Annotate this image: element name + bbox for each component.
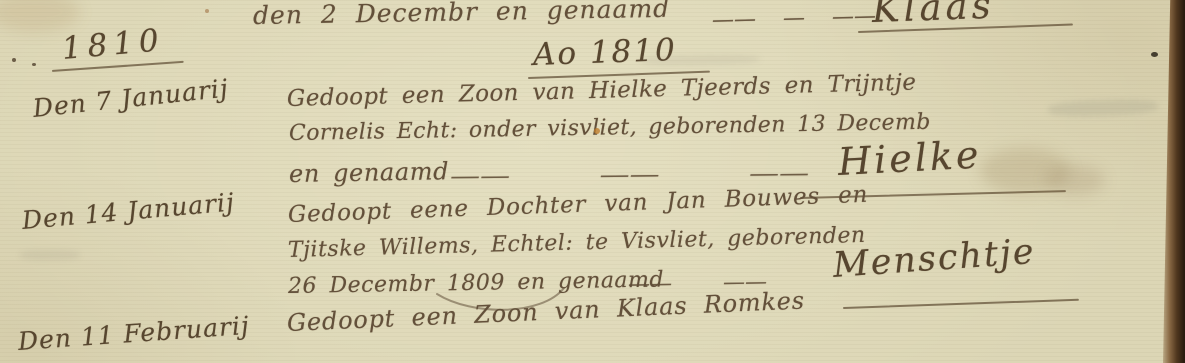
entry3-date: Den 11 Februarij — [17, 311, 251, 356]
year-heading-center: Ao 1810 — [532, 32, 677, 73]
bleedthrough-mark — [640, 54, 760, 66]
paper-speck — [205, 9, 209, 13]
top-fragment-dashes: —— — —— — [712, 4, 877, 33]
rust-speck — [594, 128, 600, 134]
entry1-date: Den 7 Januarij — [31, 74, 229, 123]
pen-underline — [843, 299, 1079, 309]
bleedthrough-mark — [20, 250, 80, 260]
ink-smudge — [1045, 165, 1105, 195]
bleedthrough-mark — [1048, 98, 1158, 118]
entry1-line2: Cornelis Echt: onder visvliet, geborende… — [289, 110, 931, 146]
corner-stain — [0, 0, 80, 32]
entry1-line3: en genaamd — [289, 157, 450, 188]
year-heading-left: 1810 — [60, 22, 166, 67]
ink-dot — [32, 63, 36, 66]
top-fragment-text: den 2 Decembr en genaamd — [253, 0, 671, 30]
pen-flourish — [432, 286, 572, 316]
baptism-name-hielke: Hielke — [837, 133, 983, 184]
ink-dot — [12, 58, 16, 62]
manuscript-scan: den 2 Decembr en genaamd —— — —— Klaas 1… — [0, 0, 1185, 363]
ink-speck — [1151, 52, 1158, 57]
entry2-line2: Tjitske Willems, Echtel: te Visvliet, ge… — [288, 223, 866, 263]
entry2-date: Den 14 Januarij — [21, 187, 236, 234]
